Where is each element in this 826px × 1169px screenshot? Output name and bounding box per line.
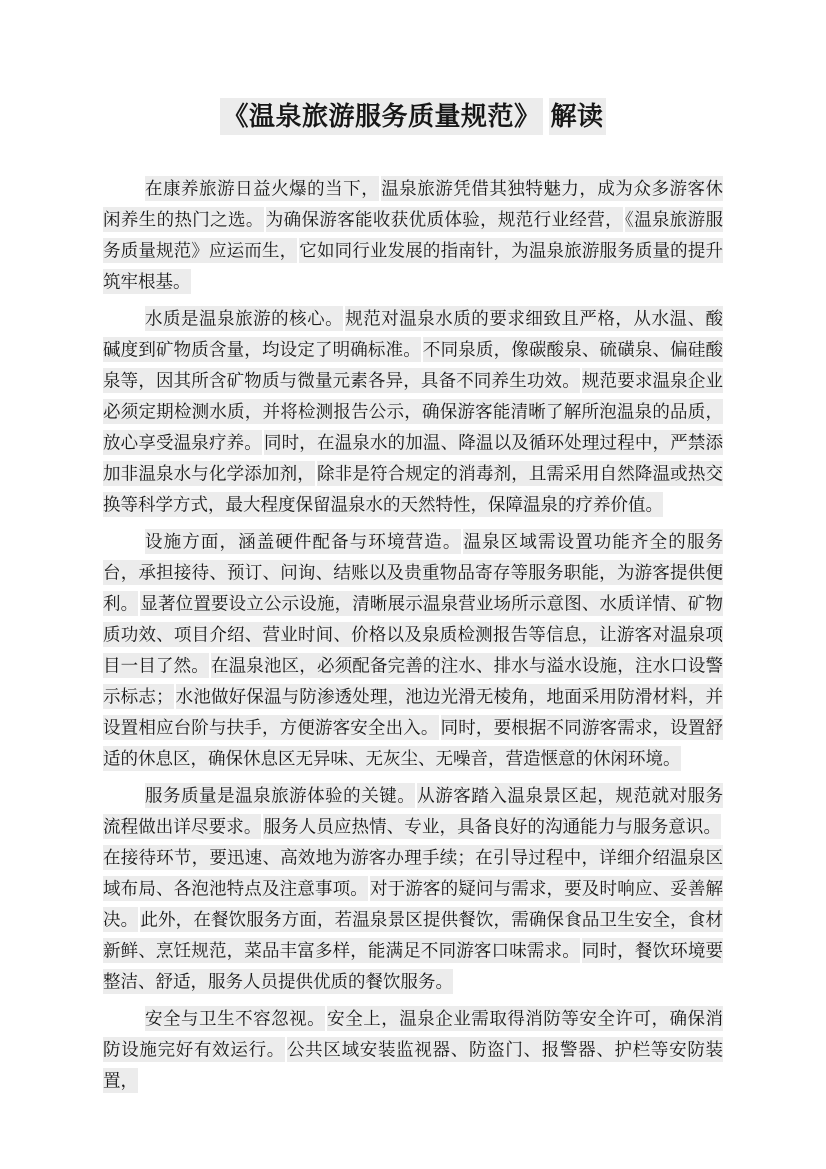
paragraph-3: 设施方面，涵盖硬件配备与环境营造。温泉区域需设置功能齐全的服务台，承担接待、预订… bbox=[103, 526, 723, 774]
text-segment: 服务人员应热情、专业，具备良好的沟通能力与服务意识。 bbox=[263, 814, 721, 839]
paragraph-4: 服务质量是温泉旅游体验的关键。从游客踏入温泉景区起，规范就对服务流程做出详尽要求… bbox=[103, 780, 723, 997]
text-segment: 水质是温泉旅游的核心。 bbox=[145, 306, 343, 331]
paragraph-2: 水质是温泉旅游的核心。规范对温泉水质的要求细致且严格，从水温、酸碱度到矿物质含量… bbox=[103, 303, 723, 520]
title-segment: 解读 bbox=[549, 98, 606, 135]
text-segment: 为确保游客能收获优质体验，规范行业经营， bbox=[266, 207, 623, 232]
document-page: 《温泉旅游服务质量规范》解读 在康养旅游日益火爆的当下，温泉旅游凭借其独特魅力，… bbox=[0, 0, 826, 1169]
text-segment: 服务质量是温泉旅游体验的关键。 bbox=[145, 783, 415, 808]
paragraph-1: 在康养旅游日益火爆的当下，温泉旅游凭借其独特魅力，成为众多游客休闲养生的热门之选… bbox=[103, 173, 723, 297]
document-body: 在康养旅游日益火爆的当下，温泉旅游凭借其独特魅力，成为众多游客休闲养生的热门之选… bbox=[103, 173, 723, 1096]
document-title: 《温泉旅游服务质量规范》解读 bbox=[103, 97, 723, 137]
text-segment: 安全与卫生不容忽视。 bbox=[145, 1006, 325, 1031]
paragraph-5: 安全与卫生不容忽视。安全上，温泉企业需取得消防等安全许可，确保消防设施完好有效运… bbox=[103, 1003, 723, 1096]
title-segment: 《温泉旅游服务质量规范》 bbox=[220, 98, 542, 135]
text-segment: 设施方面，涵盖硬件配备与环境营造。 bbox=[145, 529, 461, 554]
text-segment: 在康养旅游日益火爆的当下， bbox=[145, 176, 379, 201]
